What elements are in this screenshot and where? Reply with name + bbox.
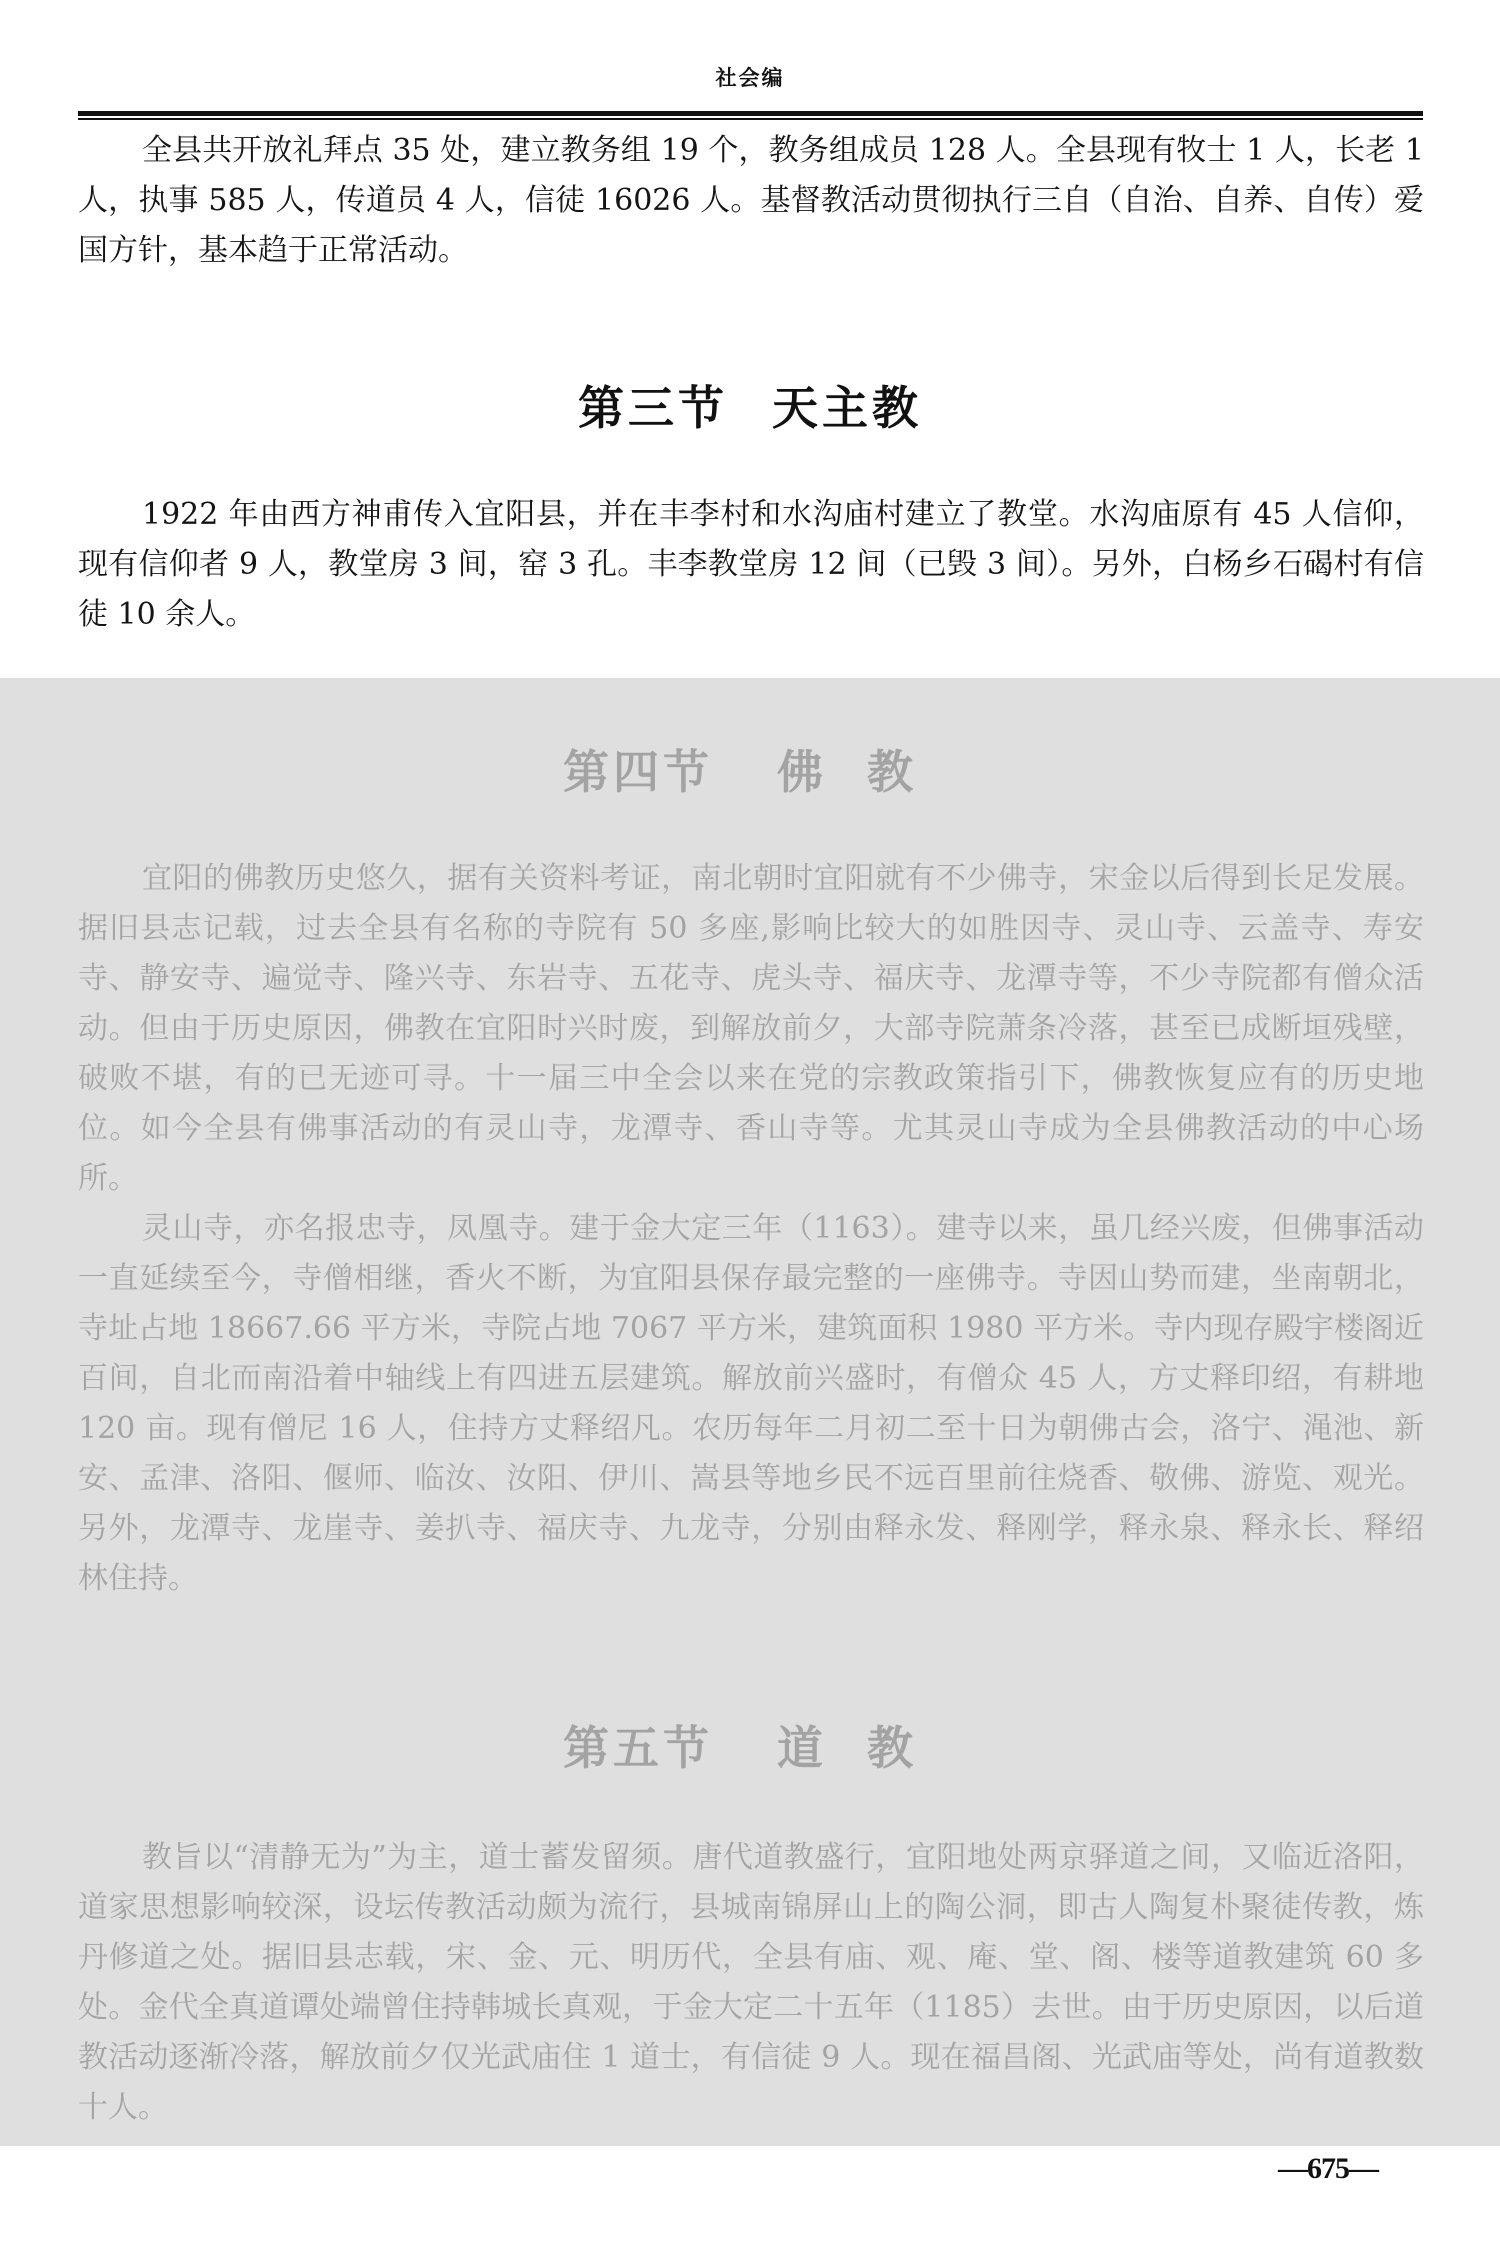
section-number: 第五节 — [563, 1721, 713, 1775]
page-number: —675— — [1278, 2152, 1378, 2186]
buddhism-paragraph-history: 宜阳的佛教历史悠久，据有关资料考证，南北朝时宜阳就有不少佛寺，宋金以后得到长足发… — [78, 854, 1424, 1204]
section-title: 佛教 — [757, 745, 937, 799]
section-title: 天主教 — [772, 381, 922, 435]
buddhism-paragraph-lingshan-temple: 灵山寺，亦名报忠寺，凤凰寺。建于金大定三年（1163）。建寺以来，虽几经兴废，但… — [78, 1204, 1424, 1604]
section-heading-catholic: 第三节天主教 — [0, 372, 1500, 438]
section-number: 第四节 — [563, 745, 713, 799]
faded-content-region: 第四节佛教 宜阳的佛教历史悠久，据有关资料考证，南北朝时宜阳就有不少佛寺，宋金以… — [0, 678, 1500, 2146]
taoism-paragraph: 教旨以“清静无为”为主，道士蓄发留须。唐代道教盛行，宜阳地处两京驿道之间，又临近… — [78, 1833, 1424, 2133]
section-heading-buddhism: 第四节佛教 — [0, 736, 1500, 802]
section-number: 第三节 — [578, 381, 728, 435]
protestant-continuation-paragraph: 全县共开放礼拜点 35 处，建立教务组 19 个，教务组成员 128 人。全县现… — [78, 126, 1424, 276]
section-title: 道教 — [757, 1721, 937, 1775]
header-rule-thick — [78, 111, 1423, 116]
section-heading-taoism: 第五节道教 — [0, 1712, 1500, 1778]
catholic-paragraph: 1922 年由西方神甫传入宜阳县，并在丰李村和水沟庙村建立了教堂。水沟庙原有 4… — [78, 490, 1424, 640]
running-head: 社会编 — [0, 62, 1500, 92]
header-rule-thin — [78, 118, 1423, 120]
